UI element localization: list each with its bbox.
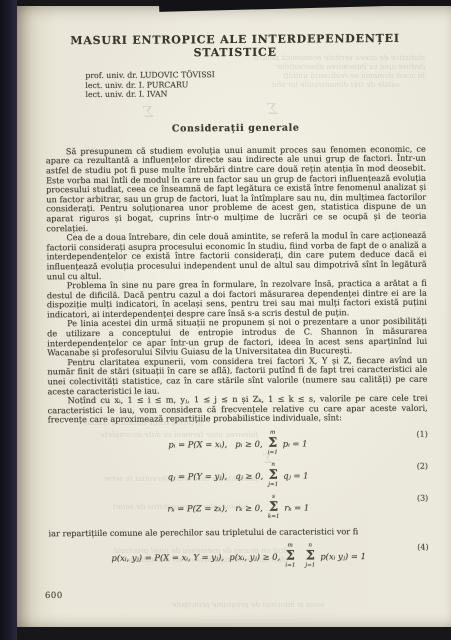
equation-number: (2) [417,462,428,471]
body-paragraph: Pe linia acestei din urmă situații ne pr… [47,317,427,358]
equation-number: (3) [417,494,428,503]
sigma-glyph: Σ [286,550,295,563]
body-paragraph: Cea de a doua întrebare, din cele două a… [46,231,426,282]
body-paragraph: Să presupunem că studiem evoluția unui a… [46,144,427,233]
sigma-symbol: m Σ i=1 [285,544,295,569]
sum-lower-limit: j=1 [268,482,278,488]
sigma-glyph: Σ [269,469,278,482]
author-block: prof. univ. dr. LUDOVIC TÖVISSI lect. un… [85,69,425,100]
author-line: lect. univ. dr. I. IVAN [85,88,425,100]
body-paragraph: Pentru claritatea expunerii, vom conside… [47,356,427,397]
sigma-glyph: Σ [306,550,315,563]
page-number: 600 [45,591,63,601]
sum-lower-limit: i=1 [268,450,278,456]
book-spine-edge [0,0,17,640]
scanned-book-photo: { "page": { "title": "MASURI ENTROPICE A… [0,0,451,640]
sigma-glyph: Σ [269,501,278,514]
connector-text: iar repartițiile comune ale perechilor s… [48,526,428,538]
sigma-symbol: s Σ k=1 [268,495,280,520]
formula-lhs: rₖ = P(Z = zₖ), rₖ ≥ 0, [167,503,262,514]
page-content: MASURI ENTROPICE ALE INTERDEPENDENȚEI ST… [45,5,429,629]
formula-rhs: rₖ = 1 [284,502,309,512]
connector-text-wrap: iar repartițiile comune ale perechilor s… [48,526,428,538]
formula-rhs: pᵢ = 1 [283,438,308,448]
section-heading: Considerații generale [46,121,426,135]
equation-number: (4) [417,543,428,552]
formula-lhs: qⱼ = P(Y = yⱼ), qⱼ ≥ 0, [168,471,264,482]
formula-rhs: p(xᵢ yⱼ) = 1 [320,551,366,561]
sigma-symbol: n Σ j=1 [268,463,278,488]
sum-lower-limit: k=1 [268,515,280,521]
equation-number: (1) [416,430,427,439]
formula-lhs: pᵢ = P(X = xᵢ), pᵢ ≥ 0, [168,438,262,449]
formula-2: qⱼ = P(Y = yⱼ), qⱼ ≥ 0, n Σ j=1 qⱼ = 1 (… [48,462,428,490]
sigma-symbol: m Σ i=1 [268,431,278,456]
article-body: Să presupunem că studiem evoluția unui a… [46,144,428,425]
formula-1: pᵢ = P(X = xᵢ), pᵢ ≥ 0, m Σ i=1 pᵢ = 1 (… [48,430,428,458]
formula-rhs: qⱼ = 1 [283,470,308,480]
sum-lower-limit: i=1 [285,563,295,569]
sum-lower-limit: j=1 [305,563,315,569]
body-paragraph: Notînd cu xᵢ, 1 ≤ i ≤ m, yⱼ, 1 ≤ j ≤ n ș… [48,394,428,425]
sigma-symbol: n Σ j=1 [305,544,315,569]
article-title: MASURI ENTROPICE ALE INTERDEPENDENȚEI ST… [45,32,425,61]
body-paragraph: Problema în sine nu pare grea în formula… [47,279,427,320]
formula-4: p(xᵢ, yⱼ) = P(X = xᵢ, Y = yⱼ), p(xᵢ, yⱼ)… [49,543,429,571]
formula-3: rₖ = P(Z = zₖ), rₖ ≥ 0, s Σ k=1 rₖ = 1 (… [48,494,428,522]
formula-lhs: p(xᵢ, yⱼ) = P(X = xᵢ, Y = yⱼ), p(xᵢ, yⱼ)… [111,551,280,562]
scan-page: statistice de aceea veritate economică p… [15,6,451,627]
sigma-glyph: Σ [268,437,277,450]
